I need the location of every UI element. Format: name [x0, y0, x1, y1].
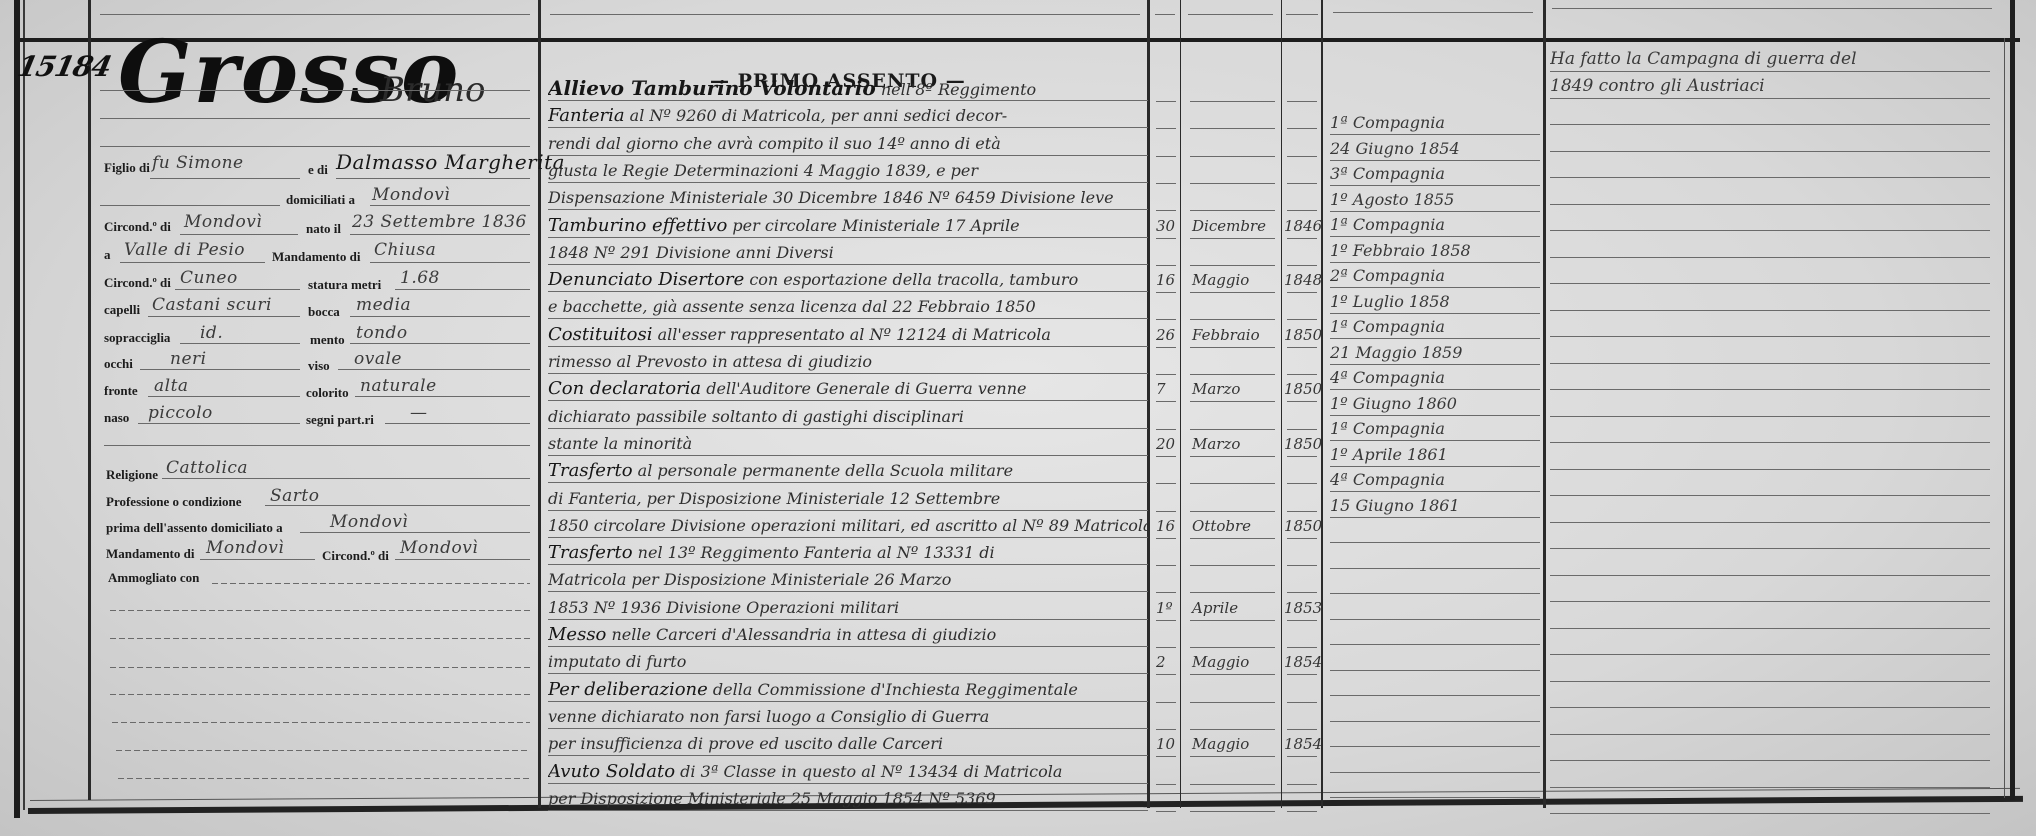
service-entry-lead: Per deliberazione	[548, 679, 708, 700]
ruled-line	[350, 316, 530, 317]
ruled-line	[100, 118, 530, 119]
ruled-line	[1190, 620, 1275, 621]
ruled-line	[550, 14, 1140, 15]
service-entry-lead: Allievo Tamburino Volontario	[548, 76, 876, 100]
notes-entry: 1849 contro gli Austriaci	[1550, 73, 1990, 99]
ruled-line	[1156, 702, 1176, 703]
ruled-line	[1156, 674, 1176, 675]
label-height: statura metri	[308, 277, 381, 293]
date-day: 1º	[1156, 599, 1173, 617]
ruled-line	[1190, 156, 1275, 157]
ruled-line	[1190, 101, 1275, 102]
ruled-line	[1156, 483, 1176, 484]
date-year: 1853	[1284, 599, 1322, 617]
service-entry-text: Dispensazione Ministeriale 30 Dicembre 1…	[548, 188, 1114, 207]
notes-entry	[1550, 470, 1990, 496]
company-entry: 1ª Compagnia	[1330, 212, 1540, 237]
ruled-line	[1156, 647, 1176, 648]
label-eyes: occhi	[104, 356, 133, 372]
column-divider-personal	[538, 0, 541, 808]
notes-entry	[1550, 99, 1990, 125]
ruled-line	[1190, 183, 1275, 184]
ruled-line	[1156, 210, 1176, 211]
date-month: Ottobre	[1192, 517, 1251, 535]
service-entry-text: al Nº 9260 di Matricola, per anni sedici…	[625, 106, 1008, 125]
ruled-line	[1156, 729, 1176, 730]
service-entry-text: per Disposizione Ministeriale 25 Maggio …	[548, 789, 996, 808]
service-entry-text: Matricola per Disposizione Ministeriale …	[548, 570, 951, 589]
service-entry-text: di Fanteria, per Disposizione Ministeria…	[548, 489, 1000, 508]
date-day: 2	[1156, 653, 1166, 671]
value-mouth: media	[356, 295, 411, 315]
column-divider-companies	[1543, 0, 1546, 808]
ruled-line	[300, 532, 530, 533]
label-domiciled: domiciliati a	[286, 192, 355, 208]
ruled-line	[1287, 292, 1317, 293]
label-marks: segni part.ri	[306, 412, 374, 428]
service-entry-line: Matricola per Disposizione Ministeriale …	[548, 567, 1148, 592]
column-divider-year	[1321, 0, 1323, 808]
ruled-line	[180, 234, 298, 235]
ruled-line	[118, 778, 530, 779]
notes-entry	[1550, 550, 1990, 576]
ruled-line	[1286, 14, 1318, 15]
company-entry: 1º Luglio 1858	[1330, 289, 1540, 314]
column-divider-month	[1281, 0, 1282, 808]
label-father: Figlio di	[104, 160, 150, 176]
service-entry-text: nel 13º Reggimento Fanteria al Nº 13331 …	[633, 543, 995, 562]
ruled-line	[370, 205, 530, 206]
ruled-line	[1190, 702, 1275, 703]
ruled-line	[1190, 811, 1275, 812]
ruled-line	[1190, 347, 1275, 348]
notes-entry	[1550, 656, 1990, 682]
notes-entry	[1550, 497, 1990, 523]
ruled-line	[100, 14, 530, 15]
ruled-line	[395, 289, 530, 290]
value-birthplace: Valle di Pesio	[124, 240, 245, 260]
date-month: Aprile	[1192, 599, 1238, 617]
ruled-line	[110, 667, 530, 668]
date-year: 1854	[1284, 735, 1322, 753]
service-entry-text: dichiarato passibile soltanto di gastigh…	[548, 407, 964, 426]
ruled-line	[1287, 729, 1317, 730]
company-entry	[1330, 569, 1540, 594]
company-entry	[1330, 773, 1540, 798]
ruled-line	[1190, 319, 1275, 320]
ruled-line	[1287, 319, 1317, 320]
ruled-line	[350, 343, 530, 344]
company-entry: 1ª Compagnia	[1330, 314, 1540, 339]
service-entry-text: per circolare Ministeriale 17 Aprile	[727, 216, 1019, 235]
company-entry	[1330, 544, 1540, 569]
ruled-line	[336, 178, 530, 179]
company-entry	[1330, 748, 1540, 773]
label-married: Ammogliato con	[108, 570, 199, 586]
label-forehead: fronte	[104, 383, 138, 399]
ruled-line	[1156, 456, 1176, 457]
ruled-line	[1287, 347, 1317, 348]
notes-entry	[1550, 709, 1990, 735]
notes-entry	[1550, 391, 1990, 417]
service-entry-line: Messo nelle Carceri d'Alessandria in att…	[548, 622, 1148, 647]
date-year: 1850	[1284, 380, 1322, 398]
ruled-line	[1156, 319, 1176, 320]
service-entry-line: venne dichiarato non farsi luogo a Consi…	[548, 704, 1148, 729]
company-entry	[1330, 646, 1540, 671]
ruled-line	[1156, 374, 1176, 375]
ruled-line	[162, 478, 530, 479]
ruled-line	[1190, 756, 1275, 757]
service-entry-lead: Messo	[548, 624, 606, 645]
ruled-line	[1155, 14, 1175, 15]
service-entry-line: Per deliberazione della Commissione d'In…	[548, 677, 1148, 702]
label-mother: e di	[308, 162, 328, 178]
ruled-line	[1190, 456, 1275, 457]
service-entry-lead: Avuto Soldato	[548, 761, 675, 782]
service-entry-line: rimesso al Prevosto in attesa di giudizi…	[548, 349, 1148, 374]
notes-entry	[1550, 126, 1990, 152]
service-entry-lead: Con declaratoria	[548, 378, 701, 399]
ruled-line	[1190, 128, 1275, 129]
ruled-line	[1156, 292, 1176, 293]
date-day: 26	[1156, 326, 1175, 344]
service-entry-line: 1850 circolare Divisione operazioni mili…	[548, 513, 1148, 538]
notes-entry	[1550, 179, 1990, 205]
service-entry-line: Trasferto nel 13º Reggimento Fanteria al…	[548, 540, 1148, 565]
date-year: 1850	[1284, 326, 1322, 344]
ruled-line	[1287, 647, 1317, 648]
service-entry-text: di 3ª Classe in questo al Nº 13434 di Ma…	[675, 762, 1062, 781]
value-mandamento: Chiusa	[374, 240, 436, 260]
value-height: 1.68	[400, 268, 440, 288]
frame-border-right-inner	[2004, 38, 2005, 798]
ruled-line	[1287, 128, 1317, 129]
service-entry-text: rimesso al Prevosto in attesa di giudizi…	[548, 352, 872, 371]
service-entry-lead: Fanteria	[548, 105, 625, 126]
service-entry-text: all'esser rappresentato al Nº 12124 di M…	[652, 325, 1050, 344]
ruled-line	[1287, 784, 1317, 785]
notes-entry	[1550, 364, 1990, 390]
ruled-line	[1190, 565, 1275, 566]
label-complexion: colorito	[306, 385, 349, 401]
ruled-line	[120, 262, 265, 263]
notes-entry	[1550, 417, 1990, 443]
service-entry-text: stante la minorità	[548, 434, 692, 453]
service-entry-line: Avuto Soldato di 3ª Classe in questo al …	[548, 759, 1148, 784]
service-entry-text: imputato di furto	[548, 652, 686, 671]
ruled-line	[175, 289, 300, 290]
ruled-line	[1190, 292, 1275, 293]
value-circondario-3: Mondovì	[400, 538, 478, 558]
ruled-line	[1156, 511, 1176, 512]
ruled-line	[212, 583, 530, 584]
value-circondario: Mondovì	[184, 212, 262, 232]
service-entry-line: dichiarato passibile soltanto di gastigh…	[548, 404, 1148, 429]
date-month: Maggio	[1192, 653, 1249, 671]
service-entry-text: al personale permanente della Scuola mil…	[633, 461, 1013, 480]
ruled-line	[1552, 8, 1992, 9]
ruled-line	[1287, 183, 1317, 184]
date-year: 1846	[1284, 217, 1322, 235]
ruled-line	[1190, 511, 1275, 512]
service-entry-line: Denunciato Disertore con esportazione de…	[548, 267, 1148, 292]
label-circondario-3: Circond.º di	[322, 548, 389, 564]
ruled-line	[110, 610, 530, 611]
notes-entry	[1550, 232, 1990, 258]
service-entry-line: per insufficienza di prove ed uscito dal…	[548, 731, 1148, 756]
date-month: Dicembre	[1192, 217, 1266, 235]
value-marks: —	[410, 403, 428, 423]
ruled-line	[1287, 565, 1317, 566]
ruled-line	[1190, 401, 1275, 402]
date-year: 1854	[1284, 653, 1322, 671]
ruled-line	[1156, 101, 1176, 102]
service-entry-line: Fanteria al Nº 9260 di Matricola, per an…	[548, 103, 1148, 128]
notes-entry	[1550, 682, 1990, 708]
ruled-line	[1190, 729, 1275, 730]
ruled-line	[138, 423, 300, 424]
notes-entry	[1550, 629, 1990, 655]
company-entry: 4ª Compagnia	[1330, 365, 1540, 390]
ruled-line	[1190, 784, 1275, 785]
label-mandamento-2: Mandamento di	[106, 546, 194, 562]
ruled-line	[1287, 483, 1317, 484]
ruled-line	[1287, 702, 1317, 703]
notes-entry	[1550, 576, 1990, 602]
label-born-at: a	[104, 247, 111, 263]
notes-entry	[1550, 152, 1990, 178]
service-entry-text: rendi dal giorno che avrà compito il suo…	[548, 134, 1001, 153]
register-number: 15184	[14, 50, 91, 83]
ruled-line	[1333, 12, 1533, 13]
frame-border-left	[14, 0, 20, 818]
service-entry-text: 1848 Nº 291 Divisione anni Diversi	[548, 243, 834, 262]
label-circondario: Circond.º di	[104, 219, 171, 235]
company-entry: 1º Agosto 1855	[1330, 187, 1540, 212]
ruled-line	[265, 505, 530, 506]
ruled-line	[1287, 674, 1317, 675]
ruled-line	[1287, 592, 1317, 593]
value-prior-domicile: Mondovì	[330, 512, 408, 532]
company-entry: 1ª Compagnia	[1330, 110, 1540, 135]
ruled-line	[1156, 565, 1176, 566]
service-entry-line: Allievo Tamburino Volontario nell'8º Reg…	[548, 76, 1148, 101]
company-entry: 15 Giugno 1861	[1330, 493, 1540, 518]
ruled-line	[1156, 592, 1176, 593]
date-month: Maggio	[1192, 271, 1249, 289]
ruled-line	[1287, 511, 1317, 512]
service-entry-text: giusta le Regie Determinazioni 4 Maggio …	[548, 161, 978, 180]
company-entry	[1330, 595, 1540, 620]
label-eyebrows: sopracciglia	[104, 330, 170, 346]
date-month: Febbraio	[1192, 326, 1260, 344]
service-entry-text: nelle Carceri d'Alessandria in attesa di…	[606, 625, 996, 644]
label-mandamento: Mandamento di	[272, 249, 360, 265]
date-month: Marzo	[1192, 380, 1240, 398]
value-religion: Cattolica	[166, 458, 248, 478]
company-entry	[1330, 697, 1540, 722]
ruled-line	[385, 423, 530, 424]
service-entry-line: Tamburino effettivo per circolare Minist…	[548, 213, 1148, 238]
company-entry	[1330, 671, 1540, 696]
ruled-line	[1190, 374, 1275, 375]
company-entry: 4ª Compagnia	[1330, 467, 1540, 492]
value-complexion: naturale	[360, 376, 437, 396]
ruled-line	[1190, 538, 1275, 539]
value-eyebrows: id.	[200, 323, 223, 343]
value-eyes: neri	[170, 349, 207, 369]
ruled-line	[1156, 538, 1176, 539]
ruled-line	[1188, 14, 1273, 15]
service-entry-lead: Tamburino effettivo	[548, 215, 727, 236]
service-entry-line: per Disposizione Ministeriale 25 Maggio …	[548, 786, 1148, 811]
ruled-line	[1156, 429, 1176, 430]
ruled-line	[1190, 210, 1275, 211]
ruled-line	[1287, 620, 1317, 621]
service-entry-lead: Trasferto	[548, 460, 633, 481]
ruled-line	[1287, 456, 1317, 457]
ruled-line	[1190, 238, 1275, 239]
service-entry-text: per insufficienza di prove ed uscito dal…	[548, 734, 943, 753]
service-entry-line: e bacchette, già assente senza licenza d…	[548, 294, 1148, 319]
service-entry-text: venne dichiarato non farsi luogo a Consi…	[548, 707, 989, 726]
ruled-line	[1190, 265, 1275, 266]
ruled-line	[1156, 811, 1176, 812]
ruled-line	[100, 90, 530, 91]
company-entry: 1ª Compagnia	[1330, 416, 1540, 441]
ruled-line	[1287, 265, 1317, 266]
company-entry: 1º Aprile 1861	[1330, 442, 1540, 467]
ruled-line	[1287, 238, 1317, 239]
service-entry-line: Con declaratoria dell'Auditore Generale …	[548, 376, 1148, 401]
notes-entry	[1550, 205, 1990, 231]
frame-border-right	[2010, 0, 2015, 800]
service-entry-line: di Fanteria, per Disposizione Ministeria…	[548, 486, 1148, 511]
service-entry-line: 1848 Nº 291 Divisione anni Diversi	[548, 240, 1148, 265]
date-day: 16	[1156, 271, 1175, 289]
ruled-line	[338, 369, 530, 370]
value-nose: piccolo	[148, 403, 213, 423]
ruled-line	[1287, 756, 1317, 757]
service-entry-line: rendi dal giorno che avrà compito il suo…	[548, 131, 1148, 156]
date-day: 10	[1156, 735, 1175, 753]
label-hair: capelli	[104, 302, 140, 318]
ruled-line	[100, 205, 280, 206]
label-profession: Professione o condizione	[106, 494, 242, 510]
label-born: nato il	[306, 221, 341, 237]
ruled-line	[1156, 347, 1176, 348]
service-entry-line: Costituitosi all'esser rappresentato al …	[548, 322, 1148, 347]
ruled-line	[1190, 674, 1275, 675]
label-chin: mento	[310, 332, 345, 348]
service-entry-line: 1853 Nº 1936 Divisione Operazioni milita…	[548, 595, 1148, 620]
column-divider-number	[88, 0, 91, 800]
ruled-line	[1287, 156, 1317, 157]
service-entry-lead: Denunciato Disertore	[548, 269, 744, 290]
service-entry-line: Trasferto al personale permanente della …	[548, 458, 1148, 483]
ruled-line	[110, 694, 530, 695]
frame-border-left-inner	[23, 0, 25, 810]
date-month: Maggio	[1192, 735, 1249, 753]
value-circondario-2: Cuneo	[180, 268, 238, 288]
company-entry: 21 Maggio 1859	[1330, 340, 1540, 365]
date-day: 30	[1156, 217, 1175, 235]
register-page: 15184 Grosso Bruno Figlio di fu Simone e…	[0, 0, 2036, 836]
ruled-line	[1287, 101, 1317, 102]
ruled-line	[112, 722, 530, 723]
value-domiciled: Mondovì	[372, 185, 450, 205]
service-entry-text: con esportazione della tracolla, tamburo	[744, 270, 1078, 289]
value-birth-date: 23 Settembre 1836	[352, 212, 527, 232]
ruled-line	[355, 396, 530, 397]
service-entry-text: nell'8º Reggimento	[876, 80, 1036, 99]
date-day: 16	[1156, 517, 1175, 535]
notes-entry	[1550, 603, 1990, 629]
value-profession: Sarto	[270, 486, 319, 506]
date-year: 1850	[1284, 517, 1322, 535]
value-mandamento-2: Mondovì	[206, 538, 284, 558]
ruled-line	[110, 638, 530, 639]
notes-entry	[1550, 762, 1990, 788]
notes-entry	[1550, 523, 1990, 549]
company-entry: 1º Giugno 1860	[1330, 391, 1540, 416]
date-month: Marzo	[1192, 435, 1240, 453]
ruled-line	[1156, 128, 1176, 129]
label-mouth: bocca	[308, 304, 340, 320]
label-circondario-2: Circond.º di	[104, 275, 171, 291]
ruled-line	[1190, 592, 1275, 593]
ruled-line	[370, 262, 530, 263]
ruled-line	[1287, 210, 1317, 211]
ruled-line	[1156, 784, 1176, 785]
service-entry-text: della Commissione d'Inchiesta Reggimenta…	[708, 680, 1078, 699]
ruled-line	[1156, 620, 1176, 621]
date-day: 7	[1156, 380, 1166, 398]
ruled-line	[1287, 374, 1317, 375]
notes-entry	[1550, 444, 1990, 470]
value-mother: Dalmasso Margherita	[336, 150, 565, 174]
ruled-line	[1287, 811, 1317, 812]
ruled-line	[1287, 401, 1317, 402]
ruled-line	[350, 234, 530, 235]
ruled-line	[1156, 401, 1176, 402]
ruled-line	[150, 178, 300, 179]
ruled-line	[140, 369, 300, 370]
value-chin: tondo	[356, 323, 408, 343]
ruled-line	[1190, 483, 1275, 484]
ruled-line	[1156, 183, 1176, 184]
service-entry-lead: Costituitosi	[548, 324, 652, 345]
date-day: 20	[1156, 435, 1175, 453]
value-face: ovale	[354, 349, 402, 369]
service-entry-line: stante la minorità	[548, 431, 1148, 456]
company-entry	[1330, 620, 1540, 645]
service-entry-text: 1850 circolare Divisione operazioni mili…	[548, 516, 1148, 535]
service-entry-line: imputato di furto	[548, 649, 1148, 674]
value-forehead: alta	[154, 376, 189, 396]
ruled-line	[1190, 429, 1275, 430]
ruled-line	[395, 559, 530, 560]
notes-entry	[1550, 338, 1990, 364]
notes-entry	[1550, 735, 1990, 761]
notes-entry	[1550, 788, 1990, 814]
service-entry-lead: Trasferto	[548, 542, 633, 563]
ruled-line	[1287, 429, 1317, 430]
label-prior-domicile: prima dell'assento domiciliato a	[106, 520, 283, 536]
notes-entry: Ha fatto la Campagna di guerra del	[1550, 46, 1990, 72]
date-year: 1848	[1284, 271, 1322, 289]
